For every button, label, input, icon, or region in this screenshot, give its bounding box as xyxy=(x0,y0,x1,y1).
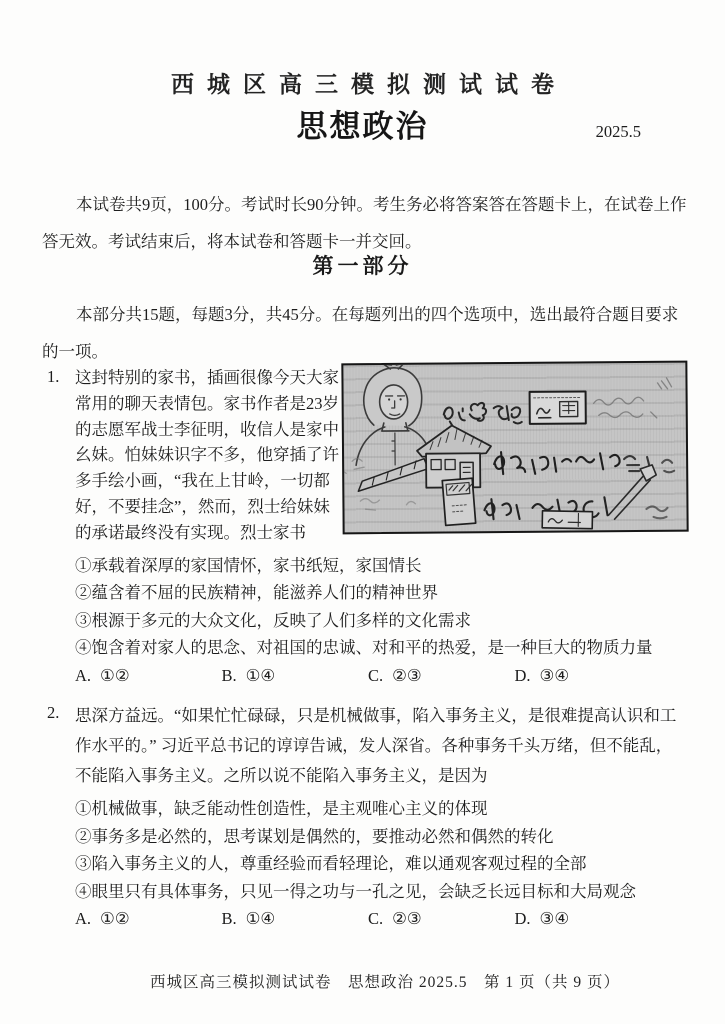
exam-paper-page: 西城区高三模拟测试试卷 思想政治 2025.5 本试卷共9页，100分。考试时长… xyxy=(0,0,725,1024)
choice-a-label: A. xyxy=(75,666,91,685)
page-footer: 西城区高三模拟测试试卷 思想政治 2025.5 第 1 页（共 9 页） xyxy=(45,970,725,992)
choice-a: A.①② xyxy=(75,905,222,933)
choice-a-value: ①② xyxy=(100,909,130,928)
choice-b-value: ①④ xyxy=(246,909,276,928)
choice-c: C.②③ xyxy=(368,905,515,933)
choice-a-label: A. xyxy=(75,909,91,928)
faded-handwriting-left xyxy=(343,459,364,474)
option-line: ③根源于多元的大众文化，反映了人们多样的文化需求 xyxy=(75,607,705,635)
option-line: ④饱含着对家人的思念、对祖国的忠诚、对和平的热爱，是一种巨大的物质力量 xyxy=(75,634,705,662)
page-title: 西城区高三模拟测试试卷 xyxy=(0,66,725,99)
choice-c-value: ②③ xyxy=(392,909,422,928)
option-line: ①承载着深厚的家国情怀，家书纸短，家国情长 xyxy=(75,552,705,580)
faded-handwriting-bottom-left xyxy=(360,498,415,510)
question-2-options: ①机械做事，缺乏能动性创造性，是主观唯心主义的体现 ②事务多是必然的，思考谋划是… xyxy=(75,795,705,905)
faded-handwriting-top xyxy=(593,378,671,419)
choice-b-label: B. xyxy=(222,909,237,928)
choice-d-label: D. xyxy=(515,909,531,928)
choice-b: B.①④ xyxy=(222,905,369,933)
question-1-number: 1. xyxy=(47,367,59,387)
part-one-desc-line-2: 的一项。 xyxy=(42,338,108,362)
option-line: ③陷入事务主义的人，尊重经验而看轻理论，难以通观客观过程的全部 xyxy=(75,850,705,878)
part-one-desc-line-1: 本部分共15题，每题3分，共45分。在每题列出的四个选项中，选出最符合题目要求 xyxy=(76,301,678,325)
choice-c-value: ②③ xyxy=(392,666,422,685)
question-1-choices: A.①②B.①④C.②③D.③④ xyxy=(75,662,705,690)
choice-a-value: ①② xyxy=(100,666,130,685)
choice-d-value: ③④ xyxy=(540,666,570,685)
exam-date: 2025.5 xyxy=(596,122,641,142)
option-line: ②蕴含着不屈的民族精神，能滋养人们的精神世界 xyxy=(75,579,705,607)
question-2: 2. 思深方益远。“如果忙忙碌碌，只是机械做事，陷入事务主义，是很难提高认识和工… xyxy=(42,701,705,933)
intro-line-2: 答无效。考试结束后，将本试卷和答题卡一并交回。 xyxy=(42,228,422,252)
stem-line: 不能陷入事务主义。之所以说不能陷入事务主义，是因为 xyxy=(75,761,705,791)
notebook-sketch xyxy=(442,478,475,525)
choice-d: D.③④ xyxy=(515,662,570,690)
choice-b-value: ①④ xyxy=(246,666,276,685)
choice-d-label: D. xyxy=(515,666,531,685)
option-line: ①机械做事，缺乏能动性创造性，是主观唯心主义的体现 xyxy=(75,795,705,823)
stem-line: 思深方益远。“如果忙忙碌碌，只是机械做事，陷入事务主义，是很难提高认识和工 xyxy=(75,701,705,731)
intro-line-1: 本试卷共9页，100分。考试时长90分钟。考生务必将答案答在答题卡上，在试卷上作 xyxy=(76,191,687,215)
choice-d-value: ③④ xyxy=(540,909,570,928)
choice-b: B.①④ xyxy=(222,662,369,690)
part-one-heading: 第一部分 xyxy=(0,250,725,280)
choice-d: D.③④ xyxy=(515,905,570,933)
name-stamp-box xyxy=(530,391,586,423)
choice-a: A.①② xyxy=(75,662,222,690)
choice-c: C.②③ xyxy=(368,662,515,690)
option-line: ④眼里只有具体事务，只见一得之功与一孔之见，会缺乏长远目标和大局观念 xyxy=(75,878,705,906)
shovel-sketch xyxy=(608,465,656,519)
bottom-label-box xyxy=(542,511,592,529)
question-2-stem: 思深方益远。“如果忙忙碌碌，只是机械做事，陷入事务主义，是很难提高认识和工 作水… xyxy=(75,701,705,791)
option-line: ②事务多是必然的，思考谋划是偶然的，要推动必然和偶然的转化 xyxy=(75,823,705,851)
question-1-options: ①承载着深厚的家国情怀，家书纸短，家国情长 ②蕴含着不屈的民族精神，能滋养人们的… xyxy=(75,552,705,662)
question-2-number: 2. xyxy=(47,703,59,723)
choice-c-label: C. xyxy=(368,909,383,928)
letter-illustration xyxy=(341,361,688,535)
handwriting-line-1 xyxy=(444,403,522,427)
choice-c-label: C. xyxy=(368,666,383,685)
choice-b-label: B. xyxy=(222,666,237,685)
stem-line: 作水平的。” 习近平总书记的谆谆告诫，发人深省。各种事务千头万绪，但不能乱， xyxy=(75,731,705,761)
question-2-choices: A.①②B.①④C.②③D.③④ xyxy=(75,905,705,933)
